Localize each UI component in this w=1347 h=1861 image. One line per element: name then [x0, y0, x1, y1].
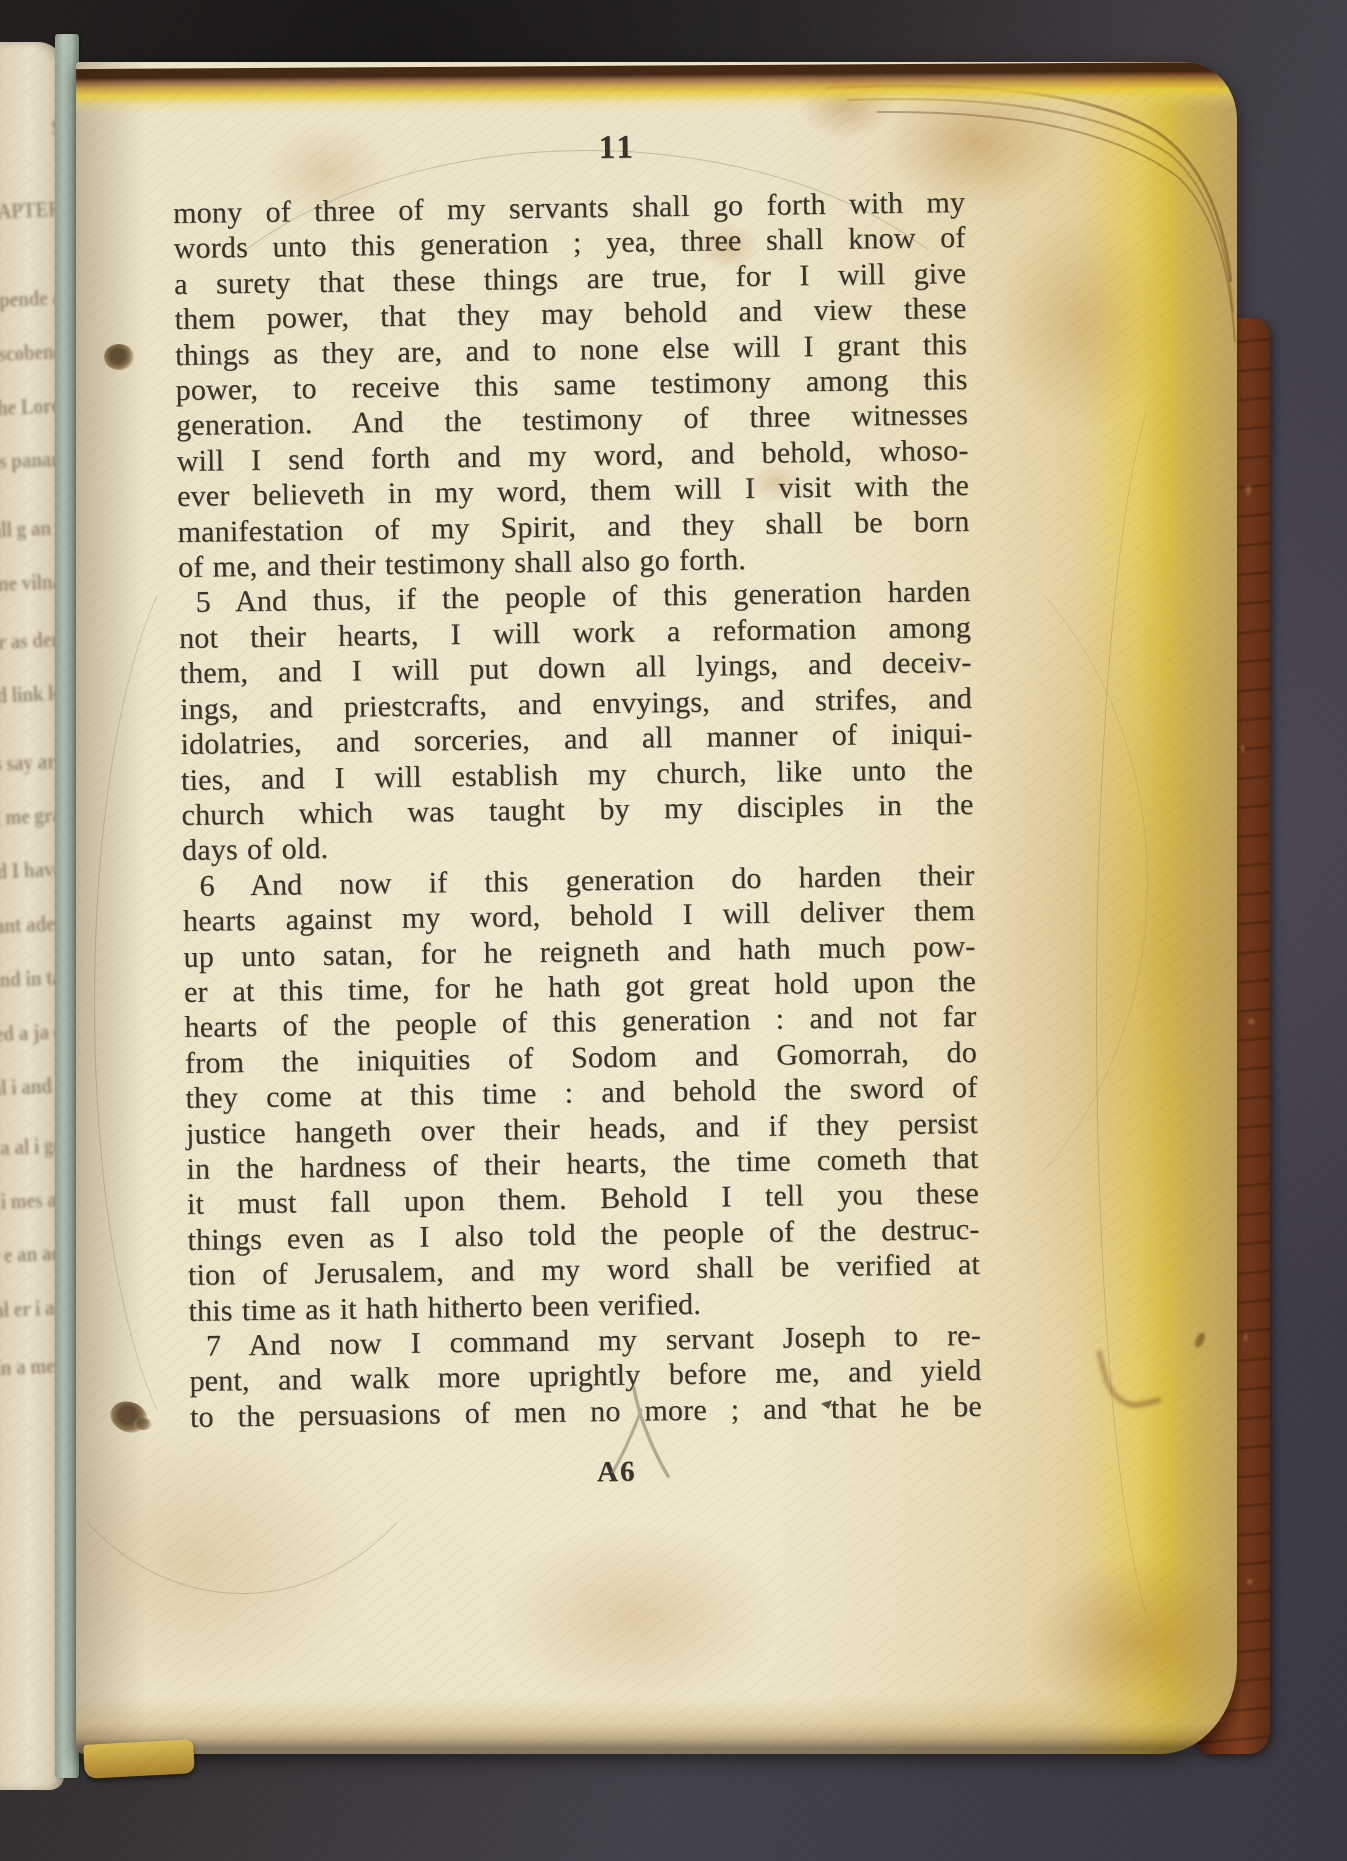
facing-page-fragment: send ad I have: [0, 859, 62, 885]
facing-page-fragment: CHAPTER: [0, 199, 62, 225]
facing-page-fragment: anand link le: [0, 683, 62, 709]
facing-page-fragment: in is panan: [0, 449, 62, 475]
printed-text-column: 11 mony of three of my servants shall go…: [172, 121, 983, 1495]
wormhole: [104, 344, 134, 370]
facing-page-fragment: ander e an ad: [0, 1243, 62, 1269]
facing-page-fragment: me a al i ge: [0, 1135, 62, 1161]
facing-page-fragment: al i and i: [0, 1075, 62, 1101]
facing-page-fragment: and I me gra: [0, 805, 62, 831]
leaf-stack-top-edge: [76, 62, 1237, 115]
body-text: mony of three of my servants shall go fo…: [173, 185, 982, 1435]
pencil-caret-mark: [608, 1384, 678, 1484]
paper-crease: [1096, 362, 1237, 1664]
leaf-stack-bottom-edge: [76, 1696, 1237, 1754]
facing-page-fragment: il sant ades: [0, 913, 62, 939]
facing-page-fragment: il ed the Lord: [0, 395, 62, 421]
photo-background: SCHAPTERin pende aPrescobeneil ed the Lo…: [0, 0, 1347, 1861]
facing-page-fragment: Prescobene: [0, 341, 62, 367]
facing-page-fragment: S: [0, 117, 62, 143]
facing-page-fragment: in pende a: [0, 287, 62, 313]
facing-page-fragment: it ine vilna: [0, 571, 62, 597]
facing-page-fragment: all g an t: [0, 517, 62, 543]
facing-page-fragment: me and in ta: [0, 967, 62, 993]
facing-page-fragment: and i mes al: [0, 1189, 62, 1215]
brown-smudge: [1111, 1568, 1186, 1685]
book-page: 11 mony of three of my servants shall go…: [76, 62, 1237, 1754]
bottom-left-leaf-edge: [83, 1739, 195, 1779]
facing-page-fragment: and ager as den: [0, 629, 62, 655]
brown-smudge: [1097, 1339, 1161, 1414]
page-number: 11: [172, 121, 965, 176]
facing-page-fragment: an ed a ja e: [0, 1021, 62, 1047]
facing-page-fragment: al er i as: [0, 1297, 62, 1323]
wormhole: [134, 1418, 152, 1430]
facing-page-fragment: s and as say art: [0, 751, 62, 777]
signature-mark: A6: [191, 1451, 983, 1495]
facing-page-fragment: and is in a mes: [0, 1355, 62, 1381]
brown-smudge: [1193, 1331, 1207, 1349]
gutter-shadow: [76, 62, 146, 1754]
